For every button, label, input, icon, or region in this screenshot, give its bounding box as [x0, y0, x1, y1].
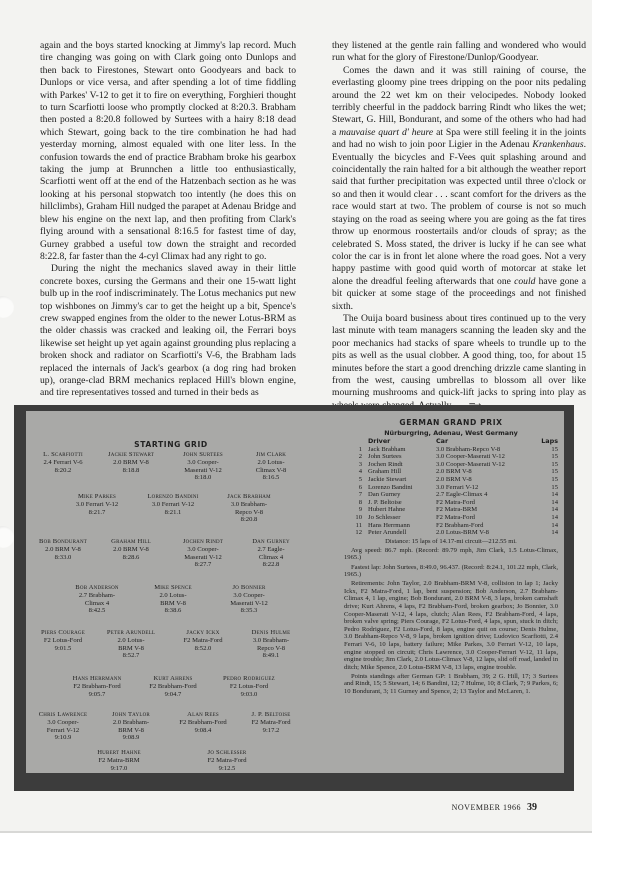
italic-phrase: could — [514, 276, 535, 287]
table-row: 7Dan Gurney2.7 Eagle-Climax 414 — [344, 491, 558, 499]
race-results: GERMAN GRAND PRIX Nürburgring, Adenau, W… — [344, 418, 558, 697]
grid-entry: Jim Clark2.0 Lotus-Climax V-88:16.5 — [240, 451, 302, 482]
issue-date: NOVEMBER 1966 — [452, 803, 521, 812]
article-column-right: they listened at the gentle rain falling… — [332, 40, 586, 412]
table-row: 12Peter Arundell2.0 Lotus-BRM V-814 — [344, 529, 558, 537]
table-row: 8J. P. BeltoiseF2 Matra-Ford14 — [344, 499, 558, 507]
grid-entry: Denis Hulme3.0 Brabham-Repco V-88:49.1 — [240, 629, 302, 660]
results-title: GERMAN GRAND PRIX — [344, 418, 558, 427]
table-row: 6Lorenzo Bandini3.0 Ferrari V-1215 — [344, 484, 558, 492]
grid-entry: Bob Bondurant2.0 BRM V-88:33.0 — [32, 538, 94, 561]
header-driver: Driver — [368, 438, 436, 446]
points-standings: Points standings after German GP: 1 Brab… — [344, 673, 558, 696]
page-footer: NOVEMBER 196639 — [452, 802, 537, 813]
punch-hole — [0, 526, 14, 548]
grid-entry: L. Scarfiotti2.4 Ferrari V-68:20.2 — [32, 451, 94, 474]
grid-entry: Mike Parkes3.0 Ferrari V-128:21.7 — [64, 493, 130, 516]
grid-entry: Pedro RodriguezF2 Lotus-Ford9:03.0 — [216, 675, 282, 698]
italic-phrase: mauvaise quart d' heure — [339, 127, 433, 138]
header-car: Car — [436, 438, 541, 446]
grid-entry: Mike Spence2.0 Lotus-BRM V-88:38.6 — [140, 584, 206, 615]
table-row: 1Jack Brabham3.0 Brabham-Repco V-815 — [344, 446, 558, 454]
average-speed: Avg speed: 86.7 mph. (Record: 89.79 mph,… — [344, 547, 558, 562]
grid-entry: Jo Bonnier3.0 Cooper-Maserati V-128:35.3 — [216, 584, 282, 615]
grid-entry: Jochen Rindt3.0 Cooper-Maserati V-128:27… — [172, 538, 234, 569]
grid-entry: Bob Anderson2.7 Brabham-Climax 48:42.5 — [64, 584, 130, 615]
paragraph: they listened at the gentle rain falling… — [332, 40, 586, 65]
magazine-page: again and the boys started knocking at J… — [0, 0, 592, 833]
results-box: STARTING GRID L. Scarfiotti2.4 Ferrari V… — [14, 405, 574, 791]
grid-entry: Jackie Stewart2.0 BRM V-88:18.8 — [100, 451, 162, 474]
grid-entry: John Taylor2.0 Brabham-BRM V-89:08.9 — [100, 711, 162, 742]
grid-entry: Jo SchlesserF2 Matra-Ford9:12.5 — [194, 749, 260, 772]
grid-entry: Chris Lawrence3.0 Cooper-Ferrari V-129:1… — [32, 711, 94, 742]
table-row: 5Jackie Stewart2.0 BRM V-815 — [344, 476, 558, 484]
grid-entry: Hans HerrmannF2 Brabham-Ford9:05.7 — [64, 675, 130, 698]
results-header-row: Driver Car Laps — [344, 438, 558, 446]
article-column-left: again and the boys started knocking at J… — [40, 40, 296, 400]
paragraph: again and the boys started knocking at J… — [40, 40, 296, 263]
grid-entry: Jacky IckxF2 Matra-Ford8:52.0 — [172, 629, 234, 652]
table-row: 3Jochen Rindt3.0 Cooper-Maserati V-1215 — [344, 461, 558, 469]
page-number: 39 — [527, 802, 537, 813]
grid-entry: Alan ReesF2 Brabham-Ford9:08.4 — [170, 711, 236, 734]
grid-entry: Lorenzo Bandini3.0 Ferrari V-128:21.1 — [140, 493, 206, 516]
fastest-lap: Fastest lap: John Surtees, 8:49.0, 96.43… — [344, 564, 558, 579]
results-subtitle: Nürburgring, Adenau, West Germany — [344, 429, 558, 437]
results-notes: Distance: 15 laps of 14.17-mi circuit—21… — [344, 538, 558, 696]
grid-entry: Graham Hill2.0 BRM V-88:28.6 — [100, 538, 162, 561]
punch-hole — [0, 296, 14, 318]
grid-entry: Peter Arundell2.0 Lotus-BRM V-88:52.7 — [100, 629, 162, 660]
grid-entry: J. P. BeltoiseF2 Matra-Ford9:17.2 — [240, 711, 302, 734]
table-row: 10Jo SchlesserF2 Matra-Ford14 — [344, 514, 558, 522]
table-row: 9Hubert HahneF2 Matra-BRM14 — [344, 506, 558, 514]
text-run: The Ouija board business about tires con… — [332, 313, 586, 411]
table-row: 2John Surtees3.0 Cooper-Maserati V-1215 — [344, 453, 558, 461]
paragraph: The Ouija board business about tires con… — [332, 313, 586, 412]
table-row: 11Hans HerrmannF2 Brabham-Ford14 — [344, 522, 558, 530]
grid-entry: Hubert HahneF2 Matra-BRM9:17.0 — [86, 749, 152, 772]
paragraph: During the night the mechanics slaved aw… — [40, 263, 296, 399]
paragraph: Comes the dawn and it was still raining … — [332, 65, 586, 313]
grid-entry: John Surtees3.0 Cooper-Maserati V-128:18… — [172, 451, 234, 482]
grid-entry: Dan Gurney2.7 Eagle-Climax 48:22.8 — [240, 538, 302, 569]
grid-entry: Piers CourageF2 Lotus-Ford9:01.5 — [32, 629, 94, 652]
grid-entry: Jack Brabham3.0 Brabham-Repco V-88:20.8 — [216, 493, 282, 524]
results-table: Driver Car Laps 1Jack Brabham3.0 Brabham… — [344, 438, 558, 537]
header-laps: Laps — [541, 438, 558, 446]
table-row: 4Graham Hill2.0 BRM V-815 — [344, 468, 558, 476]
grid-entry: Kurt AhrensF2 Brabham-Ford9:04.7 — [140, 675, 206, 698]
starting-grid-title: STARTING GRID — [26, 440, 316, 449]
race-distance: Distance: 15 laps of 14.17-mi circuit—21… — [344, 538, 558, 546]
text-run: . Eventually the bicycles and F-Vees qui… — [332, 139, 586, 286]
results-panel: STARTING GRID L. Scarfiotti2.4 Ferrari V… — [26, 411, 564, 773]
italic-phrase: Krankenhaus — [532, 139, 583, 150]
retirements: Retirements: John Taylor, 2.0 Brabham-BR… — [344, 580, 558, 671]
